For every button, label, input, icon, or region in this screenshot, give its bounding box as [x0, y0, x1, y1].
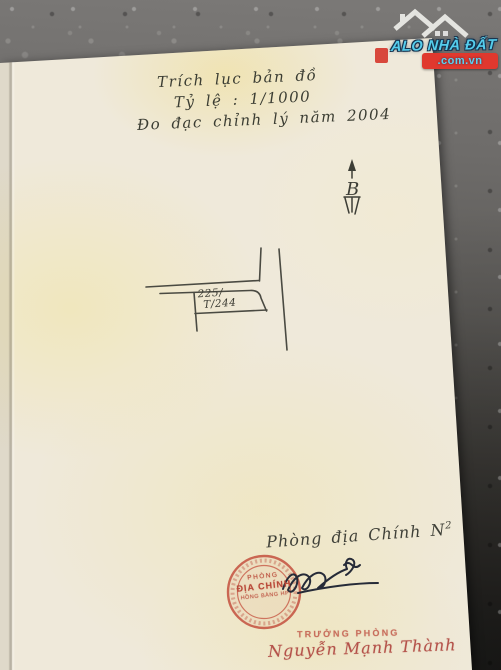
handwritten-heading: Trích lục bản đồ Tỷ lệ : 1/1000 Đo đạc c… — [135, 63, 368, 136]
alo-nha-dat-watermark: ALO NHÀ ĐẤT .com.vn — [375, 2, 501, 70]
parcel-number-bottom: T/244 — [203, 298, 237, 311]
parcel-number-label: 225/ T/244 — [197, 287, 237, 312]
watermark-domain-text: .com.vn — [437, 55, 482, 67]
office-note-superscript: 2 — [445, 520, 453, 531]
watermark-red-chip — [375, 48, 388, 63]
photo-of-map-extract-document: Trích lục bản đồ Tỷ lệ : 1/1000 Đo đạc c… — [0, 0, 501, 670]
watermark-domain-banner: .com.vn — [422, 53, 498, 69]
